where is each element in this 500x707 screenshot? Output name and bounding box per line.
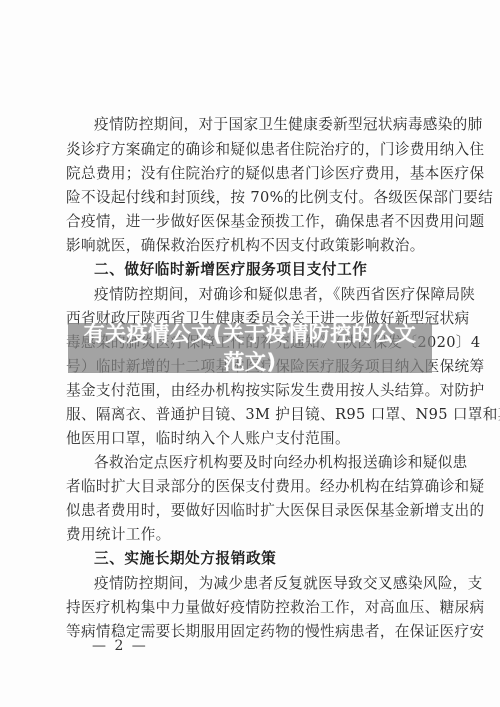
paragraph-2-line-1: 疫情防控期间，对确诊和疑似患者，《陕西省医疗保障局陕 bbox=[94, 284, 436, 306]
paragraph-2-line-7: 他医用口罩，临时纳入个人账户支付范围。 bbox=[66, 428, 436, 450]
paragraph-3-line-3: 似患者费用时，要做好因临时扩大医保目录医保基金新增支出的 bbox=[66, 500, 436, 522]
section-heading-3: 三、实施长期处方报销政策 bbox=[94, 548, 276, 570]
paragraph-1-line-1: 疫情防控期间，对于国家卫生健康委新型冠状病毒感染的肺 bbox=[94, 114, 436, 136]
paragraph-1-line-6: 影响就医，确保救治医疗机构不因支付政策影响救治。 bbox=[66, 235, 436, 257]
paragraph-3-line-4: 费用统计工作。 bbox=[66, 524, 436, 546]
page-number: — 2 — bbox=[92, 636, 148, 656]
overlay-title-line-1: 有关疫情公文(关于疫情防控的公文 bbox=[68, 320, 432, 348]
section-heading-2: 二、做好临时新增医疗服务项目支付工作 bbox=[94, 259, 368, 281]
paragraph-1-line-4: 险不设起付线和封顶线，按 70%的比例支付。各级医保部门要结 bbox=[66, 187, 436, 209]
paragraph-3-line-1: 各救治定点医疗机构要及时向经办机构报送确诊和疑似患 bbox=[94, 452, 436, 474]
overlay-title-line-2: 范文) bbox=[68, 348, 432, 376]
paragraph-4-line-2: 持医疗机构集中力量做好疫情防控救治工作，对高血压、糖尿病 bbox=[66, 597, 436, 619]
paragraph-4-line-1: 疫情防控期间，为减少患者反复就医导致交叉感染风险，支 bbox=[94, 573, 436, 595]
paragraph-2-line-5: 基金支付范围，由经办机构按实际发生费用按人头结算。对防护 bbox=[66, 380, 436, 402]
overlay-title: 有关疫情公文(关于疫情防控的公文 范文) bbox=[68, 320, 432, 376]
paragraph-1-line-2: 炎诊疗方案确定的确诊和疑似患者住院治疗的，门诊费用纳入住 bbox=[66, 139, 436, 161]
paragraph-1-line-3: 院总费用；没有住院治疗的疑似患者门诊医疗费用，基本医疗保 bbox=[66, 163, 436, 185]
paragraph-1-line-5: 合疫情，进一步做好医保基金预拨工作，确保患者不因费用问题 bbox=[66, 211, 436, 233]
paragraph-2-line-6: 服、隔离衣、普通护目镜、3M 护目镜、R95 口罩、N95 口罩和其 bbox=[66, 404, 436, 426]
paragraph-3-line-2: 者临时扩大目录部分的医保支付费用。经办机构在结算确诊和疑 bbox=[66, 476, 436, 498]
